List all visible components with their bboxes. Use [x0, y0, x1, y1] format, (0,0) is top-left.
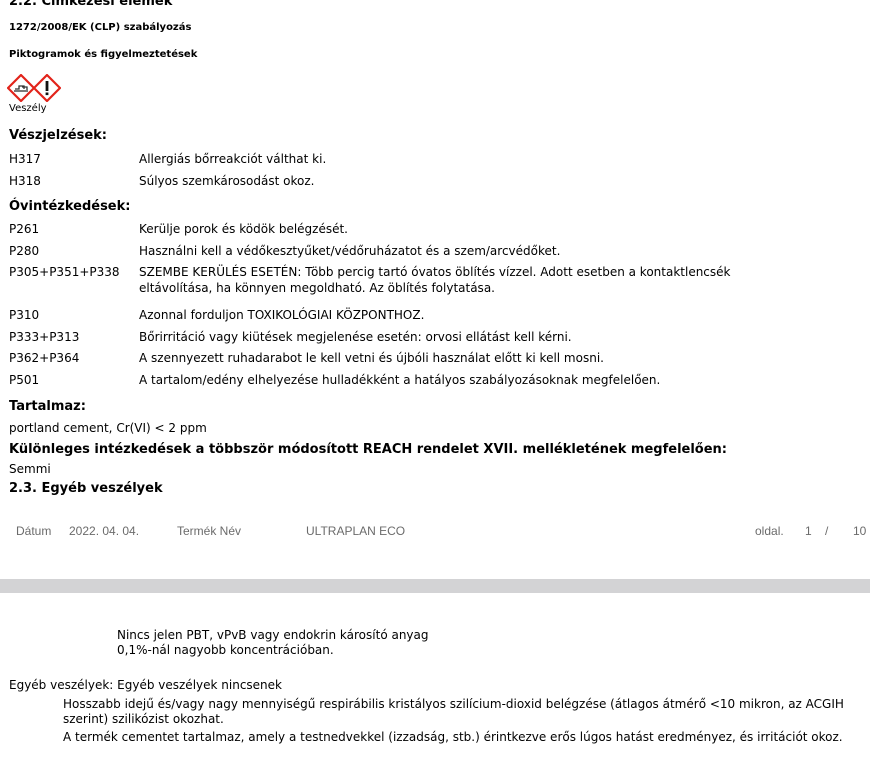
precaution-code: P310 — [9, 307, 39, 323]
footer-page-total: 10 — [853, 524, 866, 538]
hazard-text: Allergiás bőrreakciót válthat ki. — [139, 151, 759, 167]
other-hazards-label: Egyéb veszélyek: Egyéb veszélyek nincsen… — [9, 678, 282, 692]
signal-word: Veszély — [9, 103, 47, 114]
precaution-text: Használni kell a védőkesztyűket/védőruhá… — [139, 243, 759, 259]
pictograms-heading: Piktogramok és figyelmeztetések — [9, 49, 197, 60]
hazard-code: H318 — [9, 173, 41, 189]
other-hazard-item: A termék cementet tartalmaz, amely a tes… — [63, 730, 863, 745]
page-separator — [0, 579, 870, 593]
hazard-text: Súlyos szemkárosodást okoz. — [139, 173, 759, 189]
footer-product-value: ULTRAPLAN ECO — [306, 524, 405, 538]
footer-date-value: 2022. 04. 04. — [69, 524, 139, 538]
footer-date-label: Dátum — [16, 524, 51, 538]
ghs05-corrosion-icon — [7, 74, 35, 102]
contains-value: portland cement, Cr(VI) < 2 ppm — [9, 421, 207, 435]
footer-product-label: Termék Név — [177, 524, 241, 538]
precaution-code: P362+P364 — [9, 350, 79, 366]
precaution-text: A szennyezett ruhadarabot le kell vetni … — [139, 350, 759, 366]
precaution-text: SZEMBE KERÜLÉS ESETÉN: Több percig tartó… — [139, 264, 754, 296]
pbt-statement: Nincs jelen PBT, vPvB vagy endokrin káro… — [117, 628, 447, 658]
reach-heading: Különleges intézkedések a többször módos… — [9, 442, 727, 457]
other-hazard-item: Hosszabb idejű és/vagy nagy mennyiségű r… — [63, 697, 858, 727]
precaution-code: P501 — [9, 372, 39, 388]
precaution-code: P261 — [9, 221, 39, 237]
contains-heading: Tartalmaz: — [9, 399, 86, 414]
footer-page-label: oldal. — [755, 524, 784, 538]
precautionary-statements-heading: Óvintézkedések: — [9, 199, 130, 214]
precaution-code: P280 — [9, 243, 39, 259]
reach-value: Semmi — [9, 462, 51, 476]
hazard-code: H317 — [9, 151, 41, 167]
section-title-2-3: 2.3. Egyéb veszélyek — [9, 481, 163, 496]
regulation-heading: 1272/2008/EK (CLP) szabályozás — [9, 22, 191, 33]
precaution-text: Kerülje porok és ködök belégzését. — [139, 221, 759, 237]
precaution-code: P305+P351+P338 — [9, 264, 120, 280]
precaution-text: A tartalom/edény elhelyezése hulladékkén… — [139, 372, 759, 388]
precaution-code: P333+P313 — [9, 329, 79, 345]
ghs07-exclamation-icon — [33, 74, 61, 102]
hazard-statements-heading: Vészjelzések: — [9, 128, 107, 143]
footer-page-separator: / — [825, 524, 828, 538]
footer-page-current: 1 — [805, 524, 812, 538]
precaution-text: Bőrirritáció vagy kiütések megjelenése e… — [139, 329, 759, 345]
section-title-2-2: 2.2. Címkézési elemek — [9, 0, 172, 9]
precaution-text: Azonnal forduljon TOXIKOLÓGIAI KÖZPONTHO… — [139, 307, 759, 323]
